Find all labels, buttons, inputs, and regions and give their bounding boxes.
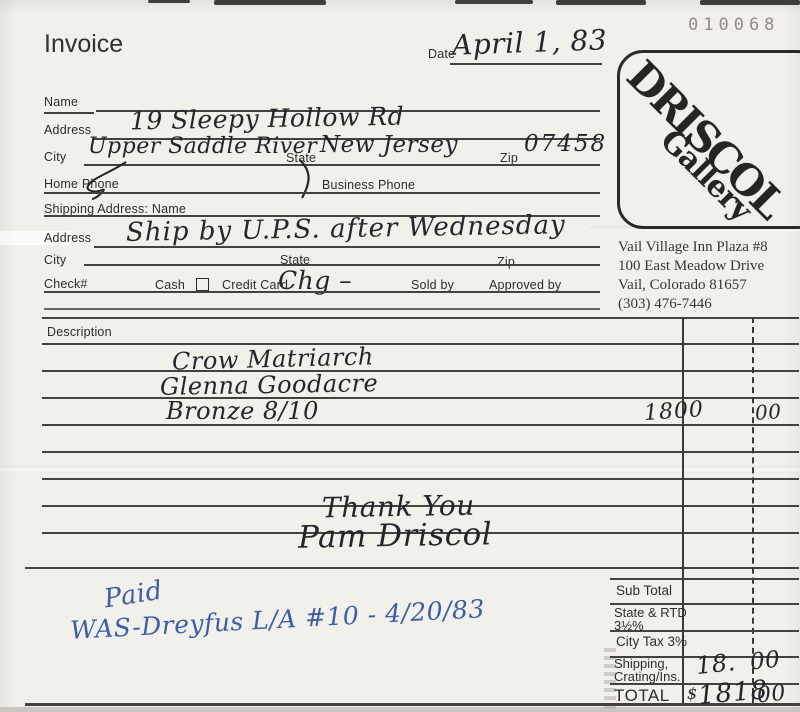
gallery-address-line: 100 East Meadow Drive (618, 257, 768, 276)
totals-row-line (610, 578, 799, 580)
shipping-address-label: Address (44, 231, 91, 245)
city-tax-label: City Tax 3% (616, 634, 687, 649)
paper-crease (0, 466, 800, 473)
cash-checkbox (196, 278, 209, 291)
check-number-label: Check# (44, 277, 88, 291)
gallery-address-line: Vail, Colorado 81657 (618, 276, 768, 295)
total-label: TOTAL (614, 686, 670, 706)
ruled-line (44, 112, 94, 114)
signature: Pam Driscol (298, 516, 493, 555)
date-handwritten-value: April 1, 83 (451, 23, 607, 61)
scan-artifact (148, 0, 190, 3)
ruled-line (42, 478, 799, 480)
scan-artifact (214, 0, 326, 5)
approved-by-label: Approved by (489, 278, 561, 292)
address-handwritten-value: 19 Sleepy Hollow Rd (130, 102, 405, 136)
shipping-amount-cents: 00 (749, 646, 782, 675)
paper-edge-shadow (0, 707, 800, 712)
ruled-line (42, 370, 799, 372)
cents-column-divider (752, 317, 754, 704)
city-handwritten-value: Upper Saddle River (88, 134, 317, 159)
date-line (450, 63, 602, 65)
cash-label: Cash (155, 278, 185, 292)
shipping-zip-label: Zip (497, 255, 515, 269)
ruled-line (94, 246, 600, 248)
table-bottom-border (25, 703, 800, 706)
gallery-address-line: Vail Village Inn Plaza #8 (618, 238, 768, 257)
total-currency-symbol: $ (687, 684, 698, 703)
ruled-line (42, 343, 799, 345)
state-rtd-tax-label: State & RTD 3½% (614, 606, 687, 632)
state-rtd-tax-label-line: 3½% (614, 619, 687, 632)
shipping-city-label: City (44, 253, 66, 267)
gallery-logo: DRISCOL Gallery (617, 50, 800, 229)
scan-artifact (556, 0, 646, 5)
item-amount-dollars: 1800 (643, 397, 705, 426)
subtotal-label: Sub Total (616, 583, 672, 598)
date-label: Date (428, 47, 455, 61)
city-label: City (44, 150, 66, 164)
ruled-line (44, 308, 600, 310)
shipping-crating-label-line: Crating/Ins. (614, 671, 680, 684)
shipping-crating-label: Shipping, Crating/Ins. (614, 658, 680, 683)
scanned-invoice-document: Invoice Date April 1, 83 010068 DRISCOL … (0, 0, 800, 712)
pen-stroke-home-phone (78, 160, 130, 200)
shipping-header-label: Shipping Address: Name (44, 202, 186, 216)
paid-annotation: Paid (102, 576, 165, 615)
sold-by-label: Sold by (411, 278, 454, 292)
item-amount-cents: 00 (754, 399, 782, 425)
shipping-amount-dollars: 18. (695, 648, 737, 680)
invoice-serial-number: 010068 (688, 15, 779, 35)
description-label: Description (47, 325, 112, 339)
business-phone-label: Business Phone (322, 178, 415, 192)
zip-handwritten-value: 07458 (524, 131, 607, 157)
ruled-line (44, 192, 600, 194)
gallery-address-line: (303) 476-7446 (618, 295, 768, 314)
scan-artifact (455, 0, 533, 4)
shipping-address-handwritten-value: Ship by U.P.S. after Wednesday (126, 210, 566, 248)
scan-artifact (700, 0, 800, 5)
table-top-border (42, 317, 799, 319)
total-amount-cents: 00 (756, 681, 787, 709)
item-description-line: Bronze 8/10 (166, 397, 319, 425)
page-title: Invoice (44, 30, 123, 59)
ruled-line (84, 164, 600, 166)
name-label: Name (44, 95, 78, 109)
ruled-line (44, 291, 600, 293)
ruled-line (42, 424, 799, 426)
address-label: Address (44, 123, 91, 137)
zip-label: Zip (500, 151, 518, 165)
gallery-address-block: Vail Village Inn Plaza #8 100 East Meado… (618, 238, 768, 314)
ruled-line (42, 451, 799, 453)
state-handwritten-value: New Jersey (320, 132, 458, 158)
